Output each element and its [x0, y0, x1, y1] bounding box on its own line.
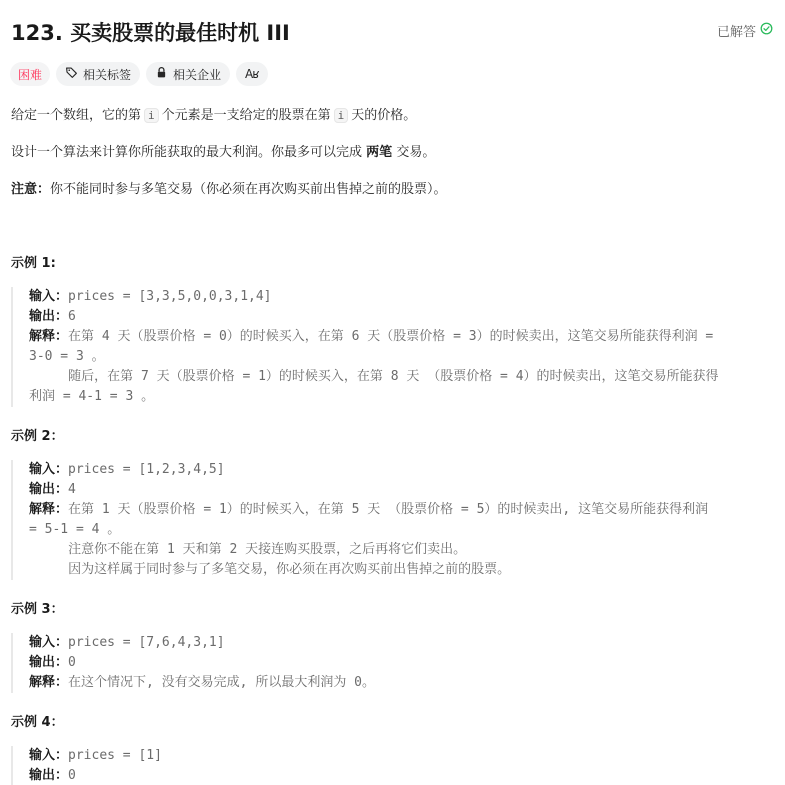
related-topics-button[interactable]: 相关标签	[56, 62, 140, 86]
output-value: 0	[68, 768, 76, 783]
example-4-block: 输入：prices = [1] 输出：0	[11, 746, 162, 785]
inline-code: i	[144, 108, 159, 123]
tag-bar: 困难 相关标签 相关企业 Aʁ	[10, 62, 268, 86]
explain-label: 解释：	[29, 502, 68, 517]
lock-icon	[155, 66, 168, 82]
input-label: 输入：	[29, 748, 68, 763]
bold-text: 两笔	[366, 145, 392, 160]
note-label: 注意：	[11, 182, 50, 197]
output-label: 输出：	[29, 768, 68, 783]
output-value: 4	[68, 482, 76, 497]
explain-line: 注意你不能在第 1 天和第 2 天接连购买股票，之后再将它们卖出。	[29, 542, 466, 557]
example-3-heading: 示例 3：	[11, 598, 64, 617]
explain-line: 在这个情况下, 没有交易完成, 所以最大利润为 0。	[68, 675, 375, 690]
description-paragraph-1: 给定一个数组，它的第i个元素是一支给定的股票在第i天的价格。	[11, 104, 416, 123]
inline-code: i	[334, 108, 349, 123]
text: 交易。	[396, 145, 435, 160]
difficulty-badge[interactable]: 困难	[10, 62, 50, 86]
explain-line: 3-0 = 3 。	[29, 349, 105, 364]
example-2-heading: 示例 2：	[11, 425, 64, 444]
solved-status-label: 已解答	[717, 21, 756, 40]
example-3-block: 输入：prices = [7,6,4,3,1] 输出：0 解释：在这个情况下, …	[11, 633, 375, 693]
text: 天的价格。	[351, 108, 416, 123]
explain-line: 随后，在第 7 天（股票价格 = 1）的时候买入，在第 8 天 （股票价格 = …	[29, 369, 719, 384]
explain-label: 解释：	[29, 675, 68, 690]
problem-title: 123. 买卖股票的最佳时机 III	[11, 17, 290, 47]
text: 给定一个数组，它的第	[11, 108, 141, 123]
output-label: 输出：	[29, 655, 68, 670]
example-2-block: 输入：prices = [1,2,3,4,5] 输出：4 解释：在第 1 天（股…	[11, 460, 708, 580]
example-1-heading: 示例 1:	[11, 252, 56, 271]
input-value: prices = [3,3,5,0,0,3,1,4]	[68, 289, 272, 304]
output-value: 0	[68, 655, 76, 670]
output-value: 6	[68, 309, 76, 324]
difficulty-label: 困难	[18, 66, 42, 83]
explain-line: 因为这样属于同时参与了多笔交易，你必须在再次购买前出售掉之前的股票。	[29, 562, 510, 577]
note-text: 你不能同时参与多笔交易（你必须在再次购买前出售掉之前的股票）。	[50, 182, 447, 197]
explain-line: 在第 1 天（股票价格 = 1）的时候买入，在第 5 天 （股票价格 = 5）的…	[68, 502, 708, 517]
example-1-block: 输入：prices = [3,3,5,0,0,3,1,4] 输出：6 解释：在第…	[11, 287, 719, 407]
example-4-heading: 示例 4：	[11, 711, 64, 730]
related-companies-label: 相关企业	[173, 66, 221, 83]
explain-line: = 5-1 = 4 。	[29, 522, 120, 537]
input-label: 输入：	[29, 635, 68, 650]
tag-icon	[65, 66, 78, 82]
translate-icon: Aʁ	[245, 67, 258, 81]
explain-line: 在第 4 天（股票价格 = 0）的时候买入，在第 6 天（股票价格 = 3）的时…	[68, 329, 713, 344]
input-label: 输入：	[29, 289, 68, 304]
input-value: prices = [7,6,4,3,1]	[68, 635, 225, 650]
font-translate-button[interactable]: Aʁ	[236, 62, 267, 86]
output-label: 输出：	[29, 482, 68, 497]
description-note: 注意：你不能同时参与多笔交易（你必须在再次购买前出售掉之前的股票）。	[11, 178, 447, 197]
explain-label: 解释：	[29, 329, 68, 344]
explain-line: 利润 = 4-1 = 3 。	[29, 389, 154, 404]
text: 个元素是一支给定的股票在第	[162, 108, 331, 123]
output-label: 输出：	[29, 309, 68, 324]
input-value: prices = [1,2,3,4,5]	[68, 462, 225, 477]
related-topics-label: 相关标签	[83, 66, 131, 83]
check-circle-icon	[760, 22, 773, 39]
input-value: prices = [1]	[68, 748, 162, 763]
description-paragraph-2: 设计一个算法来计算你所能获取的最大利润。你最多可以完成 两笔 交易。	[11, 141, 435, 160]
related-companies-button[interactable]: 相关企业	[146, 62, 230, 86]
solved-status: 已解答	[717, 21, 773, 40]
input-label: 输入：	[29, 462, 68, 477]
text: 设计一个算法来计算你所能获取的最大利润。你最多可以完成	[11, 145, 362, 160]
